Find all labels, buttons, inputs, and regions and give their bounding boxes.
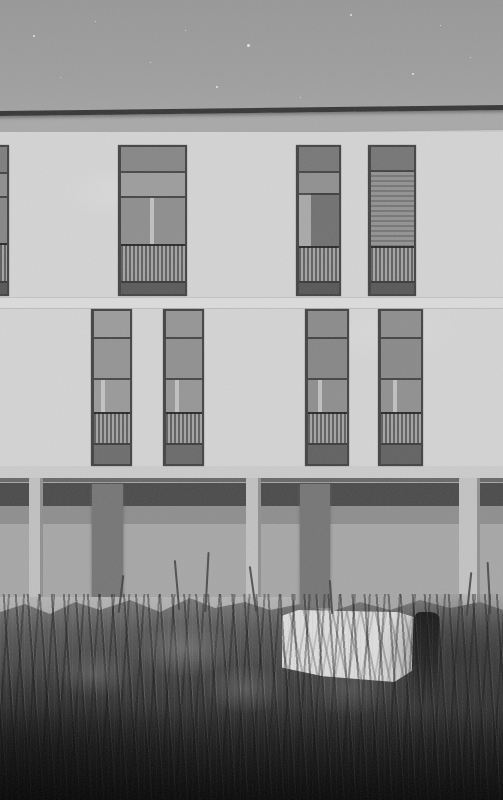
window-panel-rail [121, 244, 185, 281]
window-upper-1 [118, 145, 187, 296]
window-panel-glass [0, 196, 7, 242]
window-panel-flat [299, 281, 339, 294]
window-panel-flat [94, 337, 130, 378]
window-panel-flat [94, 443, 130, 464]
window-panel-rail [381, 412, 421, 443]
window-panel-flat [308, 311, 347, 337]
column-shadow-1 [92, 484, 123, 608]
window-panel-flat [0, 281, 7, 294]
window-mullion [175, 380, 179, 412]
sky-speck [350, 14, 352, 16]
window-upper-left-sliver [0, 145, 9, 296]
sky-speck [150, 62, 151, 63]
sky-speck [300, 97, 301, 98]
sky-speck [216, 86, 218, 88]
window-lower-3 [305, 309, 349, 466]
window-panel-flat [299, 147, 339, 171]
sky-specks [0, 0, 503, 138]
window-panel-glass [308, 378, 347, 412]
sky-speck [412, 73, 414, 75]
window-panel-rail [94, 412, 130, 443]
window-panel-rail [166, 412, 202, 443]
window-panel-flat [0, 147, 7, 172]
sky-speck [247, 44, 250, 47]
window-panel-rail [299, 246, 339, 281]
window-panel-flat [166, 443, 202, 464]
window-panel-glass [299, 193, 339, 245]
window-panel-glass [94, 378, 130, 412]
window-panel-flat [166, 337, 202, 378]
window-panel-glass [381, 378, 421, 412]
column-1 [29, 478, 43, 606]
scene [0, 0, 503, 800]
window-panel-blinds [371, 170, 414, 247]
window-lower-4 [378, 309, 423, 466]
column-shadow-2 [300, 484, 330, 608]
photograph [0, 0, 503, 800]
window-panel-flat [121, 281, 185, 294]
sky-speck [470, 57, 471, 58]
window-panel-flat [308, 337, 347, 378]
window-panel-flat [166, 311, 202, 337]
window-panel-flat [371, 281, 414, 294]
sky-speck [95, 21, 96, 22]
window-panel-flat [308, 443, 347, 464]
window-panel-flat [381, 443, 421, 464]
window-lower-2 [163, 309, 204, 466]
window-panel-flat [121, 147, 185, 171]
window-panel-flat [381, 311, 421, 337]
window-panel-flat [0, 172, 7, 196]
grass-strokes [0, 594, 503, 800]
window-panel-glass [166, 378, 202, 412]
window-upper-2 [296, 145, 341, 296]
window-panel-rail [308, 412, 347, 443]
sky-speck [185, 30, 186, 31]
window-mullion [393, 380, 397, 412]
window-mullion [318, 380, 322, 412]
sky-speck [33, 35, 35, 37]
window-panel-flat [299, 171, 339, 194]
floor-band [0, 297, 503, 309]
window-upper-3 [368, 145, 416, 296]
window-panel-flat [371, 147, 414, 170]
window-panel-flat [121, 171, 185, 197]
window-panel-rail [0, 243, 7, 281]
sky-speck [440, 25, 441, 26]
window-mullion [150, 198, 154, 244]
window-panel-rail [371, 246, 414, 280]
window-mullion [101, 380, 105, 412]
sky-speck [60, 77, 61, 78]
window-lower-1 [91, 309, 132, 466]
window-panel-flat [381, 337, 421, 378]
window-panel-flat [94, 311, 130, 337]
window-panel-glass [121, 196, 185, 244]
slab [0, 466, 503, 478]
